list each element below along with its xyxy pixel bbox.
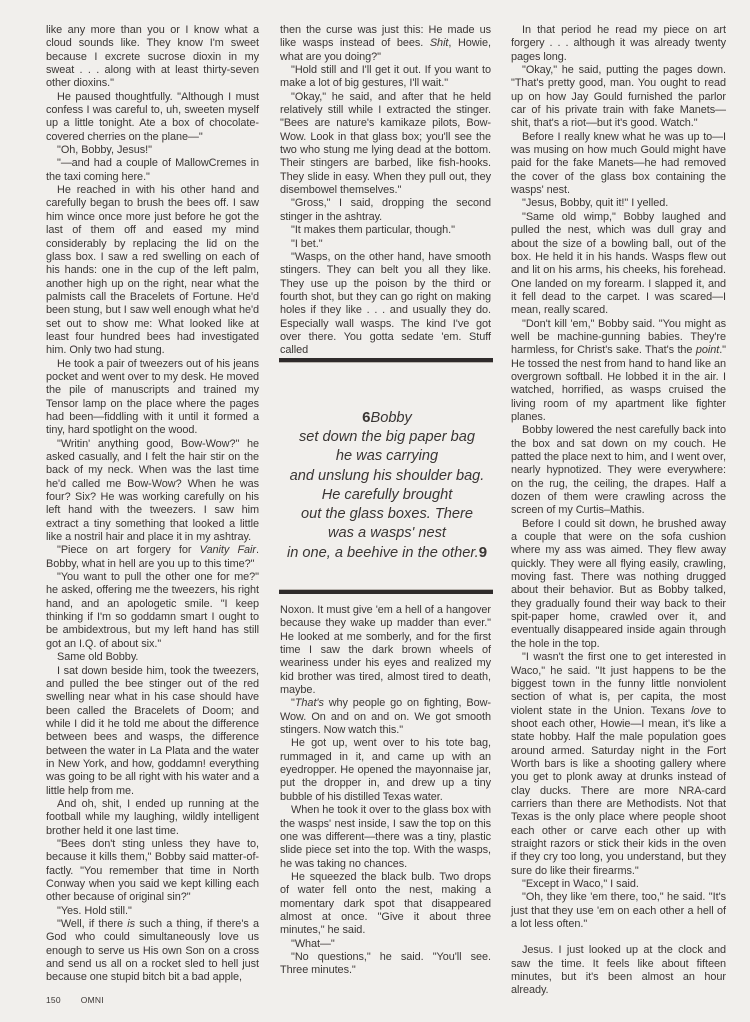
paragraph: like any more than you or I know what a … [46,24,259,91]
paragraph: then the curse was just this: He made us… [280,24,491,64]
paragraph: "Piece on art forgery for Vanity Fair. B… [46,544,259,571]
emphasis-text: That's [295,697,324,709]
pull-quote-bottom-rule [279,589,493,594]
paragraph-text: "Well, if there [57,918,127,930]
emphasis-text: Vanity Fair [200,544,256,556]
pull-quote-line: in one, a beehive in the other. [287,545,479,561]
article-column-1: like any more than you or I know what a … [46,24,259,985]
paragraph-text: to shoot each other, Howie—I mean, it's … [511,705,726,877]
paragraph: He got up, went over to his tote bag, ru… [280,737,491,804]
paragraph: He squeezed the black bulb. Two drops of… [280,871,491,938]
paragraph-text: "Piece on art forgery for [57,544,200,556]
paragraph: "—and had a couple of MallowCremes in th… [46,157,259,184]
page-number: 150 [46,995,61,1005]
paragraph: "No questions," he said. "You'll see. Th… [280,951,491,978]
pull-quote-line: set down the big paper bag [299,429,475,445]
paragraph: "Bees don't sting unless they have to, b… [46,838,259,905]
paragraph: "Same old wimp," Bobby laughed and pulle… [511,211,726,318]
close-quote-mark-icon: 9 [479,544,487,561]
paragraph: "Okay," he said, putting the pages down.… [511,64,726,131]
paragraph: "Wasps, on the other hand, have smooth s… [280,251,491,358]
pull-quote-line: He carefully brought [322,487,453,503]
paragraph: "Yes. Hold still." [46,905,259,918]
paragraph: In that period he read my piece on art f… [511,24,726,64]
paragraph: Bobby lowered the nest carefully back in… [511,424,726,517]
paragraph-text: "Don't kill 'em," Bobby said. "You might… [511,318,726,357]
paragraph: "You want to pull the other one for me?"… [46,571,259,651]
paragraph: I sat down beside him, took the tweezers… [46,665,259,798]
paragraph: "Okay," he said, and after that he held … [280,91,491,198]
pull-quote-line: Bobby [370,410,411,426]
magazine-name: OMNI [81,995,104,1005]
paragraph: And oh, shit, I ended up running at the … [46,798,259,838]
paragraph: "That's why people go on fighting, Bow-W… [280,697,491,737]
paragraph: "Hold still and I'll get it out. If you … [280,64,491,91]
emphasis-text: Shit [430,37,449,49]
pull-quote-line: out the glass boxes. There [301,506,473,522]
article-column-2-bottom: Noxon. It must give 'em a hell of a hang… [280,604,491,978]
pull-quote-line: was a wasps' nest [328,525,446,541]
paragraph: He reached in with his other hand and ca… [46,184,259,357]
paragraph: Before I really knew what he was up to—I… [511,131,726,198]
pull-quote-line: and unslung his shoulder bag. [290,468,485,484]
emphasis-text: is [127,918,135,930]
paragraph: "Writin' anything good, Bow-Wow?" he ask… [46,438,259,545]
paragraph: Before I could sit down, he brushed away… [511,518,726,651]
article-column-3: In that period he read my piece on art f… [511,24,726,998]
paragraph: "Oh, Bobby, Jesus!" [46,144,259,157]
paragraph: He took a pair of tweezers out of his je… [46,358,259,438]
paragraph: "It makes them particular, though." [280,224,491,237]
emphasis-text: love [691,705,711,717]
pull-quote: 6Bobby set down the big paper bag he was… [272,408,502,564]
paragraph: "Except in Waco," I said. [511,878,726,891]
pull-quote-line: he was carrying [336,448,438,464]
paragraph: When he took it over to the glass box wi… [280,804,491,871]
paragraph: Jesus. I just looked up at the clock and… [511,944,726,997]
paragraph: He paused thoughtfully. "Although I must… [46,91,259,144]
paragraph: Same old Bobby. [46,651,259,664]
pull-quote-top-rule [279,358,493,363]
paragraph: "Gross," I said, dropping the second sti… [280,197,491,224]
paragraph: "Don't kill 'em," Bobby said. "You might… [511,318,726,425]
paragraph: Noxon. It must give 'em a hell of a hang… [280,604,491,697]
page-folio: 150OMNI [46,995,124,1005]
paragraph: "I bet." [280,238,491,251]
paragraph: "Jesus, Bobby, quit it!" I yelled. [511,197,726,210]
paragraph: "I wasn't the first one to get intereste… [511,651,726,878]
paragraph: "Well, if there is such a thing, if ther… [46,918,259,985]
article-column-2-top: then the curse was just this: He made us… [280,24,491,358]
paragraph: "Oh, they like 'em there, too," he said.… [511,891,726,931]
emphasis-text: point [696,344,719,356]
paragraph: "What—" [280,938,491,951]
